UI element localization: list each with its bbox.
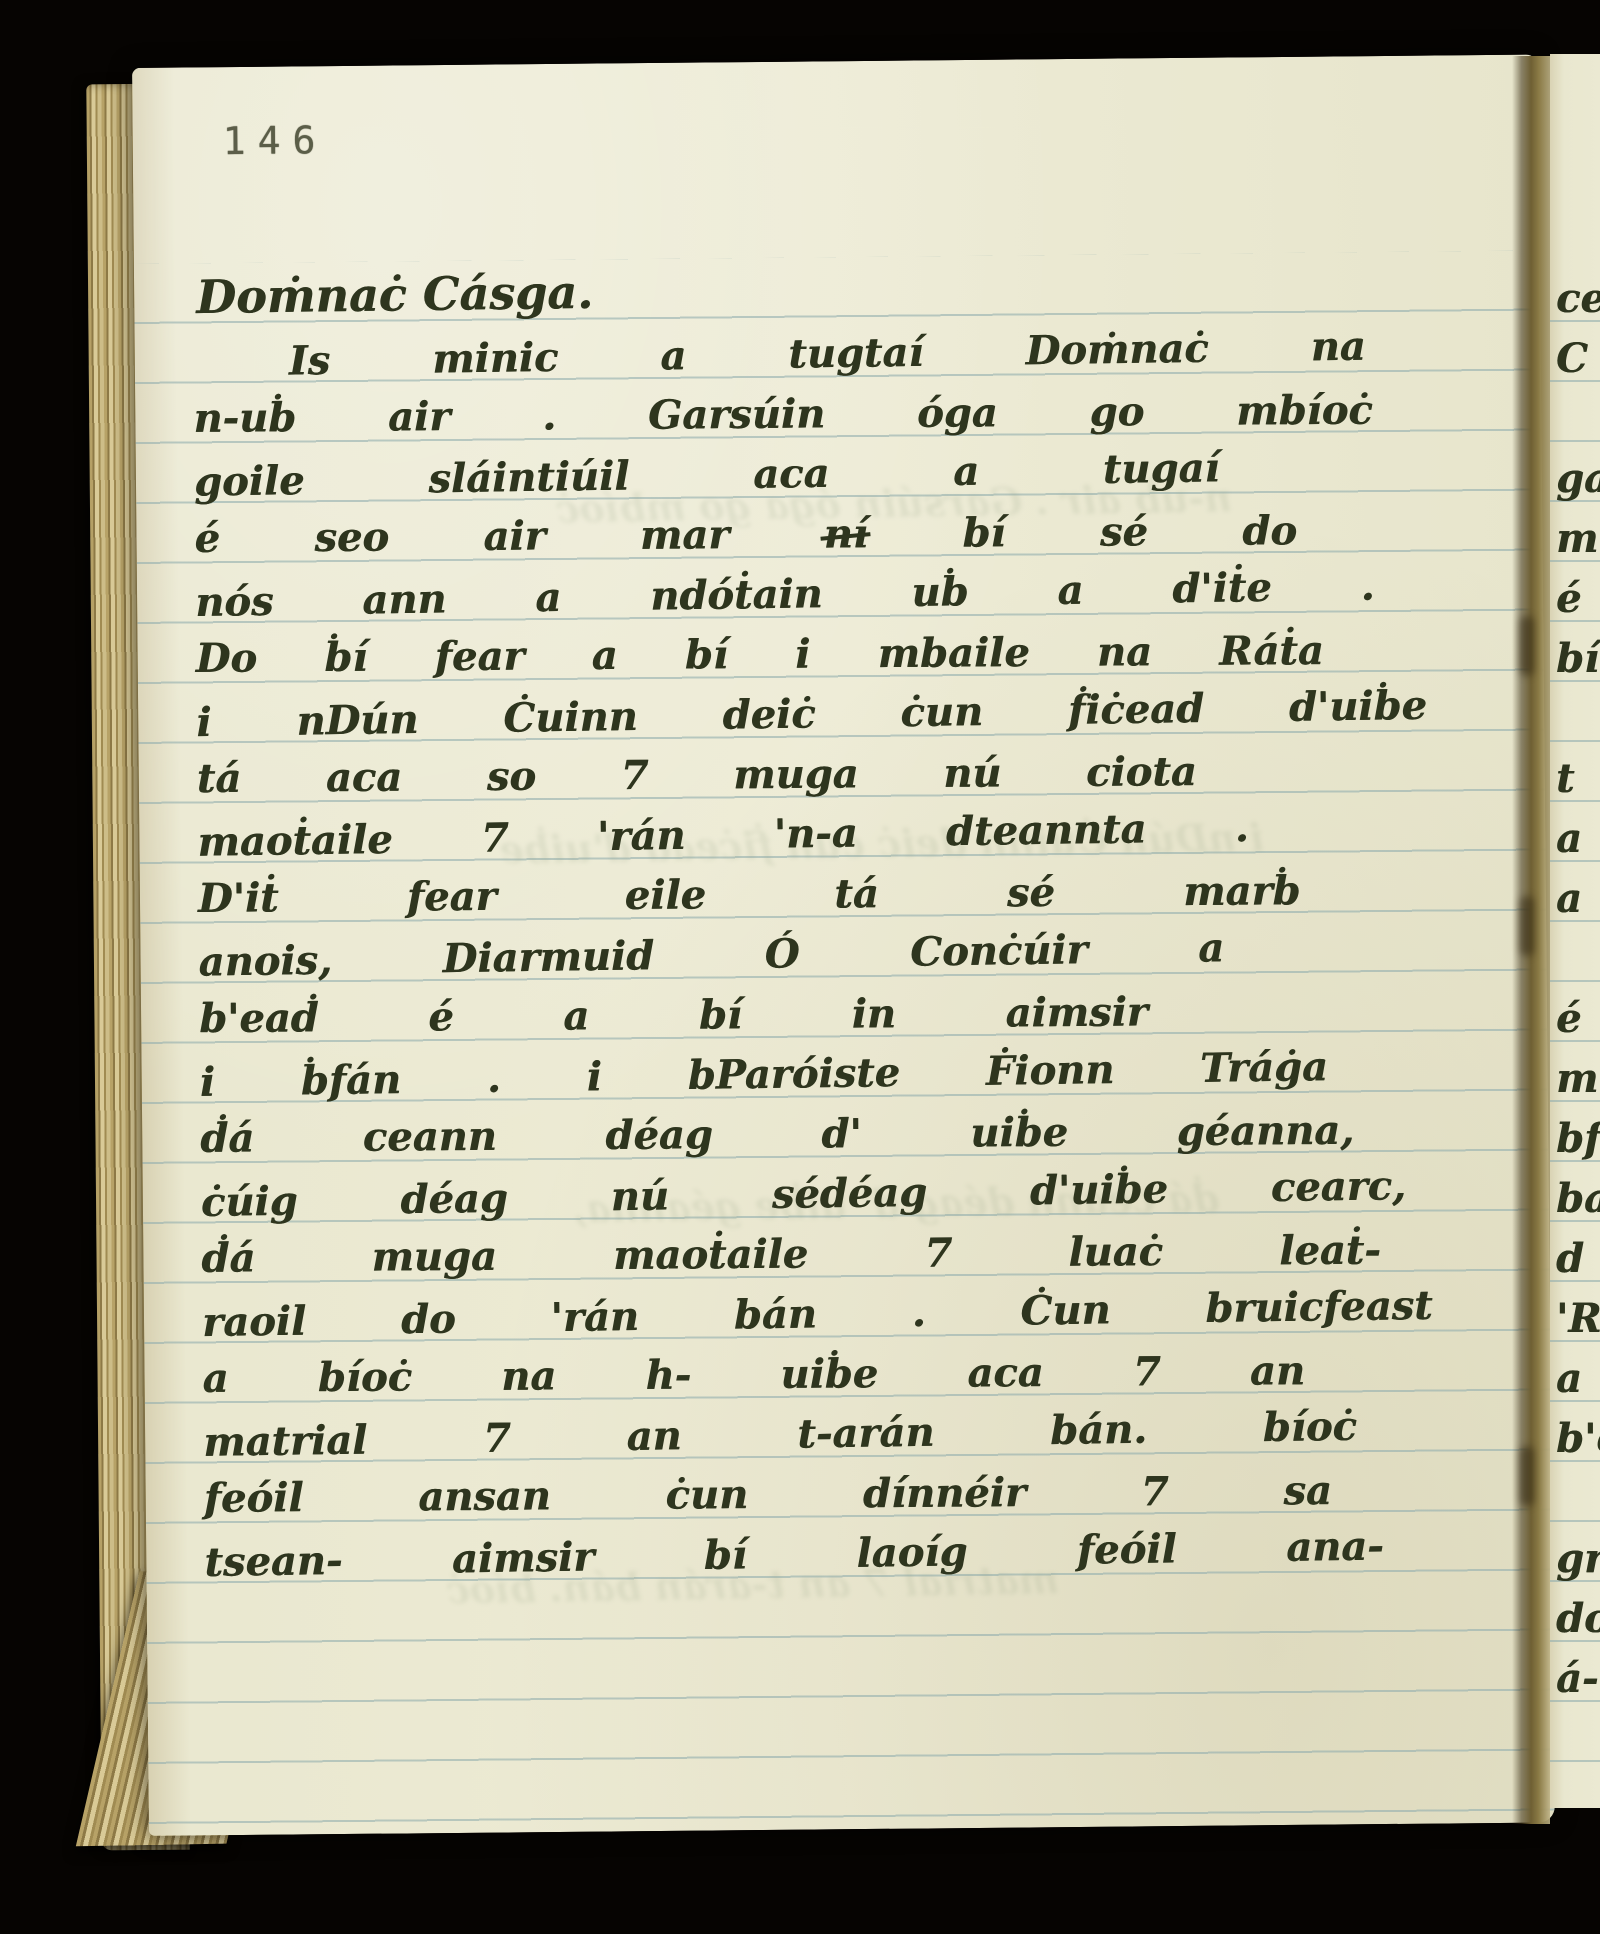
partial-word-fragment xyxy=(1556,922,1600,982)
word: cearc, xyxy=(1270,1162,1406,1211)
word: t-arán xyxy=(797,1409,935,1458)
partial-word-fragment: b'e xyxy=(1556,1402,1600,1462)
word: bí xyxy=(699,991,742,1038)
handwritten-line: anois,DiarmuidÓConċúira xyxy=(198,911,1224,985)
word: é xyxy=(194,515,220,562)
handwriting-block: IsminicatugtaíDoṁnaċnan-uḃair.Garsúinóga… xyxy=(192,311,1486,1583)
word: ḃfán xyxy=(300,1056,401,1104)
word: fear xyxy=(407,873,497,921)
word: nDún xyxy=(296,696,419,745)
notebook-page: n-uḃ air . Garsúin óga go mbíoċ i nDún Ċ… xyxy=(132,55,1555,1836)
word: uiḃe xyxy=(780,1350,878,1398)
word: Tráġa xyxy=(1200,1043,1328,1092)
handwritten-line: abíoċnah-uiḃeaca7an xyxy=(202,1334,1305,1402)
word: tá xyxy=(197,755,242,802)
word: dteannta xyxy=(946,805,1147,855)
word: a xyxy=(563,992,589,1039)
word: aca xyxy=(967,1349,1044,1397)
word: a xyxy=(1198,924,1225,971)
word: ḋá xyxy=(201,1234,255,1281)
word: a xyxy=(660,332,687,379)
adjacent-page-sliver: ceCgamébítaaémbfbad'Ráab'egrdoá- xyxy=(1550,54,1600,1808)
word: Ḟionn xyxy=(985,1046,1114,1095)
word: air xyxy=(483,513,546,560)
word: Doṁnaċ xyxy=(1025,325,1209,375)
word: a xyxy=(202,1355,228,1402)
word: é xyxy=(428,993,454,1040)
word: 7 xyxy=(924,1230,952,1277)
word: sláintiúil xyxy=(428,453,630,503)
word: ḟiċead xyxy=(1068,685,1205,734)
word: ċun xyxy=(900,688,983,736)
word: . xyxy=(542,392,556,439)
partial-word-fragment: a xyxy=(1556,1342,1600,1402)
partial-word-fragment: C xyxy=(1556,322,1600,382)
partial-word-fragment: a xyxy=(1556,862,1600,922)
word: ḋá xyxy=(200,1115,254,1162)
word: d'iṫe xyxy=(1172,564,1272,612)
word: deiċ xyxy=(722,690,816,738)
word: muga xyxy=(371,1233,497,1281)
word: Is xyxy=(289,337,331,385)
word: air xyxy=(388,393,451,440)
word: sé xyxy=(1100,508,1148,555)
word: aca xyxy=(753,450,830,498)
word: fear xyxy=(435,633,525,681)
word: so xyxy=(487,753,537,800)
word: a xyxy=(591,632,617,679)
word: goile xyxy=(194,457,305,506)
word: leaṫ- xyxy=(1279,1227,1381,1275)
word: a xyxy=(1057,567,1084,614)
word: ċúig xyxy=(201,1178,298,1226)
word: ceann xyxy=(363,1113,497,1161)
word: nú xyxy=(610,1172,669,1220)
word: bruicfeast xyxy=(1205,1282,1433,1332)
word: i xyxy=(196,699,212,746)
word: b'eaḋ xyxy=(199,994,319,1042)
book-gutter xyxy=(1512,56,1550,1824)
word: uḃ xyxy=(911,568,969,616)
partial-word-fragment: d xyxy=(1556,1222,1600,1282)
handwritten-line: maoṫaile7'rán'n-adteannta. xyxy=(197,791,1249,866)
word: déag xyxy=(400,1175,508,1223)
word: d' xyxy=(821,1110,862,1157)
word: 7 xyxy=(481,814,509,861)
word: na xyxy=(1097,628,1152,675)
word: bíoċ xyxy=(1262,1403,1357,1451)
partial-word-fragment: é xyxy=(1556,982,1600,1042)
word: muga xyxy=(733,750,859,798)
word: sa xyxy=(1283,1467,1332,1514)
word: maoṫaile xyxy=(197,816,393,866)
word: eile xyxy=(625,871,707,919)
word: n-uḃ xyxy=(193,394,296,442)
word: anois, xyxy=(198,937,332,986)
word: feóil xyxy=(1077,1525,1177,1573)
word: 7 xyxy=(1133,1348,1161,1395)
partial-word-fragment: t xyxy=(1556,742,1600,802)
word: Ó xyxy=(764,930,799,977)
word: matrial xyxy=(203,1417,368,1466)
handwritten-line: éseoairmarníbísédo xyxy=(194,494,1297,562)
word: an xyxy=(626,1412,682,1460)
handwritten-line: b'eaḋéabíinaimsir xyxy=(199,976,1148,1043)
word: . xyxy=(1234,804,1249,851)
word: 7 xyxy=(1141,1468,1169,1515)
page-number-stamp: 146 xyxy=(222,118,327,163)
word: raoil xyxy=(202,1298,307,1346)
word: óga xyxy=(917,389,998,437)
word: sé xyxy=(1007,869,1055,916)
word: 'rán xyxy=(550,1293,639,1341)
word: mbaile xyxy=(877,629,1029,677)
partial-word-fragment: m xyxy=(1556,502,1600,562)
word: mar xyxy=(640,511,730,559)
word: Do xyxy=(195,635,257,682)
word: ciota xyxy=(1086,748,1197,796)
title-line: Doṁnaċ Cásga. xyxy=(196,259,594,324)
word: aimsir xyxy=(452,1534,595,1583)
word: bí xyxy=(685,631,728,678)
partial-word-fragment: m xyxy=(1556,1042,1600,1102)
word: laoíg xyxy=(856,1528,968,1577)
word: marḃ xyxy=(1183,867,1301,915)
word: ana- xyxy=(1286,1522,1384,1570)
word: d'uiḃe xyxy=(1289,682,1428,731)
word: h- xyxy=(645,1352,691,1399)
word: uiḃe xyxy=(970,1109,1068,1157)
word: bán. xyxy=(1050,1406,1148,1454)
word: go xyxy=(1089,388,1144,435)
word: d'uiḃe xyxy=(1030,1166,1169,1215)
word: Ċun xyxy=(1020,1286,1111,1334)
word: i xyxy=(586,1053,602,1100)
word: nú xyxy=(943,749,1001,796)
word: Diarmuid xyxy=(442,932,654,982)
word: an xyxy=(1250,1347,1305,1394)
word: feóil xyxy=(204,1474,304,1522)
word: D'iṫ xyxy=(198,874,279,922)
partial-word-fragment: 'Rá xyxy=(1556,1282,1600,1342)
word: seo xyxy=(314,514,389,562)
word: bí xyxy=(703,1531,747,1579)
struck-out-word: ní xyxy=(824,510,869,557)
word: a xyxy=(953,448,980,495)
handwritten-line: goilesláintiúilacaatugaí xyxy=(194,431,1220,505)
word: luaċ xyxy=(1068,1228,1163,1276)
partial-word-fragment: a xyxy=(1556,802,1600,862)
word: . xyxy=(487,1055,502,1102)
word: aca xyxy=(326,754,403,802)
word: . xyxy=(911,1289,926,1336)
word: minic xyxy=(432,334,559,383)
partial-word-fragment: do xyxy=(1556,1582,1600,1642)
partial-word-fragment xyxy=(1556,1462,1600,1522)
manuscript-scan: n-uḃ air . Garsúin óga go mbíoċ i nDún Ċ… xyxy=(0,0,1600,1934)
word: i xyxy=(795,631,811,678)
partial-word-fragment: ce xyxy=(1556,262,1600,322)
word: tá xyxy=(834,870,879,917)
partial-word-fragment xyxy=(1556,682,1600,742)
word: 'n-a xyxy=(773,809,858,857)
word: tsean- xyxy=(204,1537,343,1586)
word: Ċuinn xyxy=(503,693,638,742)
partial-word-fragment: bf xyxy=(1556,1102,1600,1162)
word: do xyxy=(1242,507,1297,554)
word: mbíoċ xyxy=(1236,387,1373,435)
partial-word-fragment: ga xyxy=(1556,442,1600,502)
word: maoṫaile xyxy=(613,1231,808,1279)
word: dínnéir xyxy=(863,1469,1026,1517)
partial-word-fragment: á- xyxy=(1556,1642,1600,1702)
word: bParóiste xyxy=(687,1049,900,1099)
partial-word-fragment: é xyxy=(1556,562,1600,622)
word: bíoċ xyxy=(318,1353,413,1401)
word: tugtaí xyxy=(788,329,924,378)
partial-word-column: ceCgamébítaaémbfbad'Ráab'egrdoá- xyxy=(1556,262,1600,1702)
word: na xyxy=(1310,323,1366,371)
word: ċun xyxy=(665,1471,748,1519)
word: Conċúir xyxy=(910,926,1088,975)
word: tugaí xyxy=(1103,444,1220,493)
word: bán xyxy=(733,1290,817,1338)
word: a xyxy=(535,574,562,621)
word: i xyxy=(199,1059,215,1106)
word: géanna, xyxy=(1177,1107,1355,1155)
word: do xyxy=(401,1296,456,1344)
partial-word-fragment: bí xyxy=(1556,622,1600,682)
word: Garsúin xyxy=(648,390,825,438)
word: 7 xyxy=(621,752,649,799)
handwritten-line: táacaso7muganúciota xyxy=(197,735,1197,802)
word: ann xyxy=(362,575,447,623)
word: na xyxy=(501,1352,556,1399)
word: aimsir xyxy=(1005,989,1148,1037)
word: in xyxy=(851,990,896,1037)
word: ansan xyxy=(418,1472,551,1520)
partial-word-fragment: gr xyxy=(1556,1522,1600,1582)
word: ḃí xyxy=(324,634,367,681)
word: sédéag xyxy=(771,1169,927,1218)
word: Ráṫa xyxy=(1219,627,1324,675)
word: bí xyxy=(962,509,1005,556)
word: 'rán xyxy=(597,812,686,860)
word: déag xyxy=(605,1111,713,1159)
partial-word-fragment xyxy=(1556,382,1600,442)
word: . xyxy=(1360,563,1375,610)
word: nós xyxy=(195,578,274,626)
word: ndóṫain xyxy=(650,570,823,619)
word: 7 xyxy=(483,1415,511,1462)
partial-word-fragment: ba xyxy=(1556,1162,1600,1222)
